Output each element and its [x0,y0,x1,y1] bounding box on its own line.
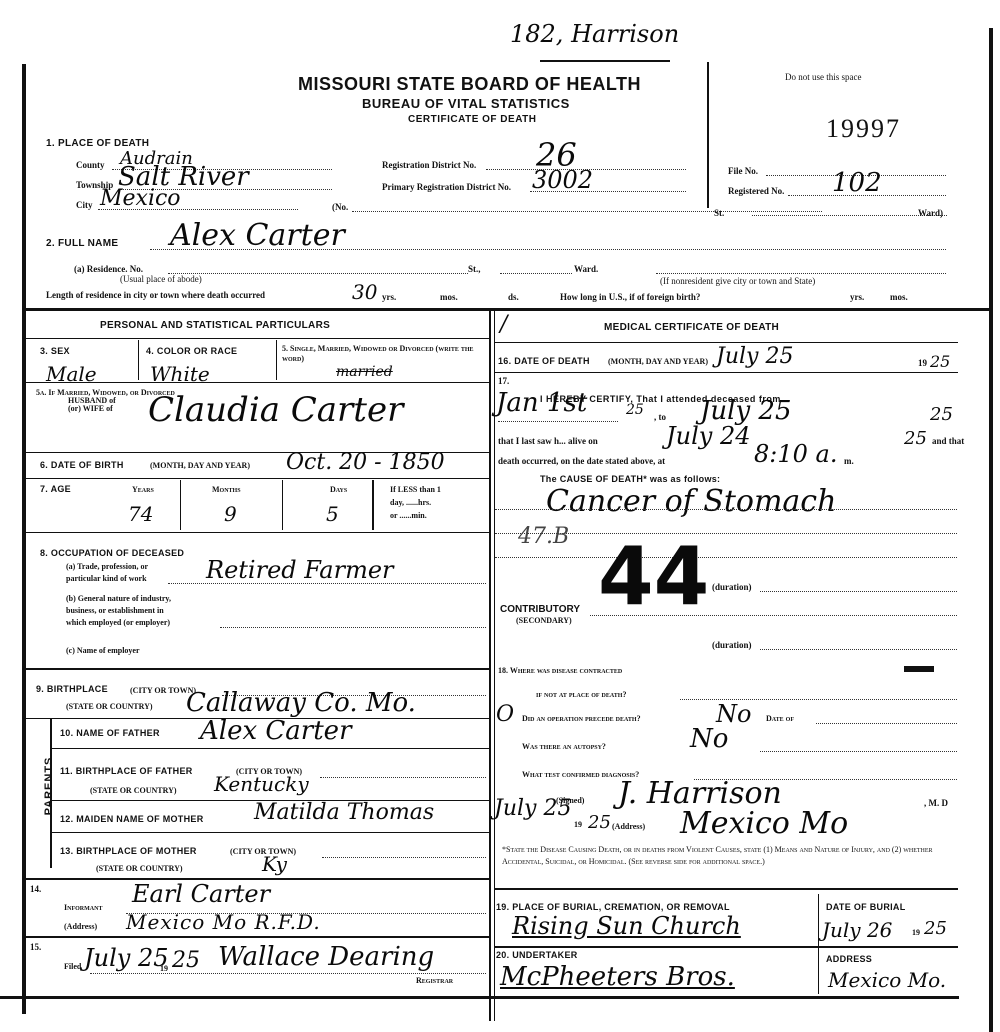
age-years-value[interactable]: 74 [128,502,153,526]
personal-title-rule [26,338,489,339]
residence-st-label: St., [468,264,481,274]
age-years-divider [180,480,181,530]
informant-address-label: (Address) [64,922,97,931]
to-label: , to [654,412,666,422]
bottom-rule-right [489,996,959,999]
street-st-label: St. [714,208,724,218]
medical-section-title: MEDICAL CERTIFICATE OF DEATH [604,322,779,333]
registered-no-value: 102 [832,168,882,198]
occ-b-label-1: (b) General nature of industry, [66,594,171,603]
file-no-label: File No. [728,166,758,176]
residence-ward-field[interactable] [500,262,572,274]
full-name-label: 2. FULL NAME [46,238,118,249]
length-yrs-label: yrs. [382,292,396,302]
parents-side-label: PARENTS [43,751,55,821]
row8-rule [26,668,489,670]
father-birth-value[interactable]: Kentucky [214,772,309,796]
father-birth-label: 11. BIRTHPLACE OF FATHER [60,766,193,776]
dod-rule [495,372,958,373]
mother-name-label: 12. MAIDEN NAME OF MOTHER [60,814,204,824]
dob-hint: (MONTH, DAY AND YEAR) [150,461,250,470]
less-label-3: or ......min. [390,511,427,520]
dob-label: 6. DATE OF BIRTH [40,460,124,470]
less-label-2: day, ......hrs. [390,498,431,507]
sign-year-prefix: 19 [574,820,582,829]
ward-label: Ward) [918,208,943,218]
burial-place-label: 19. PLACE OF BURIAL, CREMATION, OR REMOV… [496,902,730,912]
certificate-number: 19997 [826,114,901,144]
age-months-label: Months [212,485,241,494]
length-years-value: 30 [352,280,377,304]
death-time-value[interactable]: 8:10 a. [754,440,837,468]
medical-bottom-rule [495,888,958,890]
spouse-label-3: (or) WIFE of [68,404,113,413]
occ-a-label-2: particular kind of work [66,574,147,583]
marital-value[interactable]: married [336,364,393,380]
top-annotation-underline [540,60,670,62]
medical-footnote: *State the Disease Causing Death, or in … [502,844,958,868]
cause-label: The CAUSE OF DEATH* was as follows: [540,474,720,484]
last-saw-year: 25 [904,428,927,449]
city-label: City [76,200,93,210]
undertaker-label: 20. UNDERTAKER [496,950,578,960]
father-birth-city-field[interactable] [320,766,486,778]
street-no-label: (No. [332,202,348,212]
mother-birth-city-field[interactable] [322,846,486,858]
full-name-value: Alex Carter [170,218,345,253]
autopsy-value[interactable]: No [690,724,728,754]
personal-section-title: PERSONAL AND STATISTICAL PARTICULARS [100,320,330,331]
death-occurred-label: death occurred, on the date stated above… [498,456,665,466]
cause-line-3 [495,546,957,558]
filed-year-prefix: 19 [160,964,168,973]
mother-birth-state-label: (STATE OR COUNTRY) [96,864,183,873]
birthplace-value[interactable]: Callaway Co. Mo. [186,688,416,718]
burial-divider [818,894,819,994]
date-of-label: Date of [766,714,794,723]
filed-label: Filed [64,962,81,971]
and-that-label: and that [932,436,964,446]
county-label: County [76,160,105,170]
medical-title-rule [495,342,958,343]
spouse-value[interactable]: Claudia Carter [148,390,403,430]
length-residence-label: Length of residence in city or town wher… [46,290,265,300]
mother-birth-label: 13. BIRTHPLACE OF MOTHER [60,846,197,856]
burial-row-rule [495,946,958,948]
burial-year-prefix: 19 [912,928,920,937]
filed-num: 15. [30,942,41,952]
length-ds-label: ds. [508,292,519,302]
certificate-subtitle: CERTIFICATE OF DEATH [408,114,537,125]
primary-reg-value: 3002 [532,166,593,194]
occ-c-label: (c) Name of employer [66,646,140,655]
if-not-label: if not at place of death? [536,690,626,699]
dod-value[interactable]: July 25 [716,344,793,369]
occ-a-label-1: (a) Trade, profession, or [66,562,148,571]
mother-birth-value[interactable]: Ky [262,852,287,876]
from-year-value: 25 [626,402,644,418]
burial-address-value[interactable]: Mexico Mo. [828,968,946,992]
row3-rule [26,382,489,383]
how-long-mos-label: mos. [890,292,908,302]
registered-no-label: Registered No. [728,186,784,196]
cause-line-1 [495,498,957,510]
contributory-field[interactable] [590,604,957,616]
if-not-field[interactable] [680,690,957,700]
less-label-1: If LESS than 1 [390,485,441,494]
to-year-value: 25 [930,404,953,425]
duration-field[interactable] [760,580,957,592]
burial-date-value[interactable]: July 26 [822,918,892,942]
where-contracted-label: 18. Where was disease contracted [498,666,622,675]
length-mos-label: mos. [440,292,458,302]
md-label: , M. D [924,798,948,808]
dod-label: 16. DATE OF DEATH [498,356,590,366]
age-days-value[interactable]: 5 [326,502,339,526]
father-birth-state-label: (STATE OR COUNTRY) [90,786,177,795]
color-divider [276,340,277,380]
occupation-label: 8. OCCUPATION OF DECEASED [40,548,184,558]
how-long-yrs-label: yrs. [850,292,864,302]
reg-district-label: Registration District No. [382,160,476,170]
filed-year-value: 25 [172,948,200,973]
medical-check-mark: / [500,312,507,337]
occ-b-field[interactable] [220,616,486,628]
right-border [989,28,993,1032]
sex-label: 3. SEX [40,346,70,356]
medical-address-label: (Address) [612,822,645,831]
primary-reg-label: Primary Registration District No. [382,182,511,192]
informant-num: 14. [30,884,41,894]
residence-label: (a) Residence. No. [74,264,143,274]
duration-label-2: (duration) [712,640,752,650]
sex-divider [138,340,139,380]
age-days-divider [372,480,374,530]
secondary-label: (SECONDARY) [516,616,572,625]
dod-year-prefix: 19 [918,358,927,368]
page-title: MISSOURI STATE BOARD OF HEALTH [298,74,641,95]
how-long-label: How long in U.S., if of foreign birth? [560,292,700,302]
age-days-label: Days [330,485,347,494]
registrar-value: Wallace Dearing [218,942,434,972]
informant-value: Earl Carter [132,880,270,908]
burial-year-value: 25 [924,918,947,939]
header-divider [707,62,709,208]
left-border [22,64,26,1014]
m-label: m. [844,456,854,466]
operation-label: Did an operation precede death? [522,714,641,723]
top-annotation: 182, Harrison [510,20,679,48]
sign-year-value: 25 [588,812,611,833]
row7-rule [26,532,489,533]
age-months-divider [282,480,283,530]
registrar-label: Registrar [416,976,453,985]
duration-label: (duration) [712,582,752,592]
usual-place-label: (Usual place of abode) [120,274,202,284]
operation-mark: O [496,702,514,727]
occ-b-label-3: which employed (or employer) [66,618,170,627]
duration-field-2[interactable] [760,638,957,650]
occ-b-label-2: business, or establishment in [66,606,164,615]
last-saw-value[interactable]: July 24 [666,422,750,450]
bureau-title: BUREAU OF VITAL STATISTICS [362,96,570,111]
sign-date-value: July 25 [494,796,571,821]
autopsy-field[interactable] [760,742,957,752]
center-divider [489,311,491,1021]
row6-rule [26,478,489,479]
row12-rule [52,832,489,833]
bottom-rule-left [0,996,489,999]
where-redaction [904,666,934,672]
informant-address-value[interactable]: Mexico Mo R.F.D. [126,910,321,934]
informant-label: Informant [64,903,102,912]
nonresident-note: (If nonresident give city or town and St… [660,276,815,286]
nonresident-field[interactable] [656,262,946,274]
do-not-use-label: Do not use this space [785,72,862,82]
burial-address-label: ADDRESS [826,954,872,964]
color-label: 4. COLOR OR RACE [146,346,237,356]
autopsy-label: Was there an autopsy? [522,742,606,751]
age-label: 7. AGE [40,484,71,494]
contributory-label: CONTRIBUTORY [500,604,580,615]
father-name-value[interactable]: Alex Carter [200,716,352,746]
occ-a-value: Retired Farmer [206,556,394,584]
last-saw-label: that I last saw h... alive on [498,436,598,446]
birthplace-label: 9. BIRTHPLACE [36,684,108,694]
num-17: 17. [498,376,509,386]
medical-address-value[interactable]: Mexico Mo [680,806,848,841]
city-value: Mexico [100,186,181,211]
dod-year: 25 [930,352,950,371]
attended-from-field[interactable] [498,410,618,422]
marital-label: 5. Single, Married, Widowed or Divorced … [282,344,482,364]
filed-date-value: July 25 [84,944,168,972]
row14-rule [26,936,489,938]
burial-place-value[interactable]: Rising Sun Church [512,912,741,940]
dob-value[interactable]: Oct. 20 - 1850 [286,450,445,475]
age-months-value[interactable]: 9 [224,502,237,526]
age-years-label: Years [132,485,154,494]
center-divider-2 [494,311,495,1021]
burial-date-label: DATE OF BURIAL [826,902,906,912]
divider-top-sections [26,308,989,311]
date-of-field[interactable] [816,714,957,724]
undertaker-value[interactable]: McPheeters Bros. [500,962,735,992]
residence-field[interactable] [168,262,468,274]
row10-rule [52,748,489,749]
residence-ward-label: Ward. [574,264,598,274]
dod-hint: (MONTH, DAY AND YEAR) [608,357,708,366]
birthplace-state-label: (STATE OR COUNTRY) [66,702,153,711]
mother-name-value[interactable]: Matilda Thomas [254,800,434,825]
father-name-label: 10. NAME OF FATHER [60,728,160,738]
